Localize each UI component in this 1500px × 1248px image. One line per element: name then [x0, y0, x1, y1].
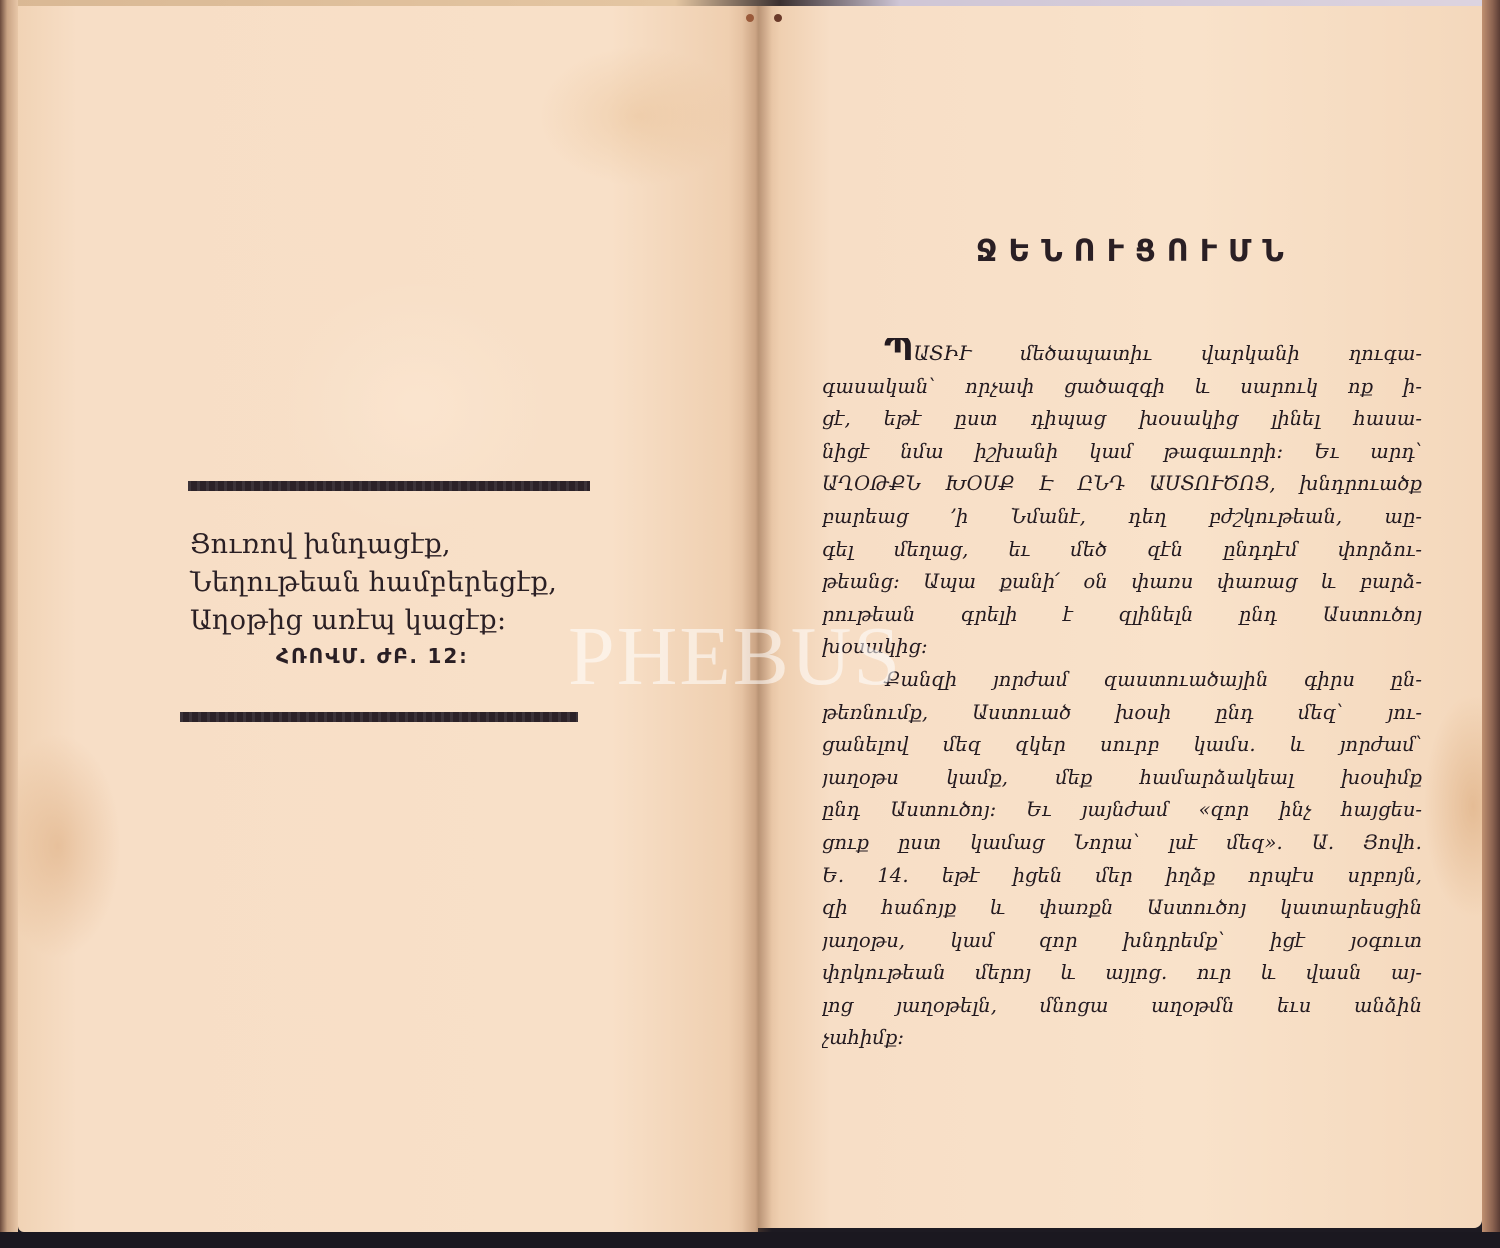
text-line: ցէ, եթէ ըստ դիպաց խօսակից լինել հասա-	[822, 403, 1422, 436]
epigraph-reference: ՀՌՈՎՄ․ ԺԲ․ 12։	[190, 644, 610, 668]
text-line: նիցէ նմա իշխանի կամ թագաւորի։ Եւ արդ՝	[822, 436, 1422, 469]
book-photo: Ցուռով խնդացէք, Նեղութեան համբերեցէք, Աղ…	[0, 0, 1500, 1248]
epigraph: Ցուռով խնդացէք, Նեղութեան համբերեցէք, Աղ…	[190, 526, 610, 668]
text-line: թեանց։ Ապա քանի՛ օն փառս փառաց և բարձ-	[822, 566, 1422, 599]
drop-cap: Պ	[884, 338, 913, 369]
page-heading: ՋԵՆՈՒՑՈՒՄՆ	[976, 234, 1306, 269]
text-line: ցուք ըստ կամաց Նորա՝ լսէ մեզ»․ Ա․ Յովհ․	[822, 827, 1422, 860]
text-line: խօսակից։	[822, 631, 1422, 664]
ornamental-rule-top	[188, 481, 590, 491]
book-spine	[742, 6, 772, 1232]
text-line: չահիմք։	[822, 1022, 1422, 1055]
text-line: յաղօթս կամք, մեք համարձակեալ խօսիմք	[822, 762, 1422, 795]
text-line: թեռնումք, Աստուած խօսի ընդ մեզ՝ յու-	[822, 697, 1422, 730]
text-line: յաղօթս, կամ զոր խնդրեմք՝ իցէ յօգուտ	[822, 925, 1422, 958]
ornamental-rule-bottom	[180, 712, 578, 722]
epigraph-line: Նեղութեան համբերեցէք,	[190, 564, 610, 602]
text-line: փրկութեան մերոյ և այլոց․ ուր և վասն այ-	[822, 957, 1422, 990]
binding-stain	[746, 14, 754, 22]
body-text: ՊԱՏԻՒ մեծապատիւ վարկանի ղուգա- գասական՝ …	[822, 338, 1422, 1055]
text-line: լոց յաղօթելն, մնոցա աղօթմն եւս անձին	[822, 990, 1422, 1023]
book-bottom-edge	[0, 1232, 1500, 1248]
binding-stain	[774, 14, 782, 22]
right-cover-edge	[1482, 0, 1500, 1248]
epigraph-line: Աղօթից առէպ կացէք:	[190, 602, 610, 640]
text-line: Քանզի յորժամ զաստուածային գիրս ըն-	[822, 664, 1422, 697]
text-line: ԱՂՕԹՔՆ ԽՕՍՔ Է ԸՆԴ ԱՍՏՈՒԾՈՑ, խնդրուածք	[822, 468, 1422, 501]
text-line: զի հաճոյք և փառքն Աստուծոյ կատարեսցին	[822, 892, 1422, 925]
text-line-content: ԱՏԻՒ մեծապատիւ վարկանի ղուգա-	[913, 342, 1422, 365]
text-line: գել մեղաց, եւ մեծ զէն ընդդէմ փորձու-	[822, 534, 1422, 567]
text-line: ՊԱՏԻՒ մեծապատիւ վարկանի ղուգա-	[822, 338, 1422, 371]
text-line: ցանելով մեզ զկեր սուրբ կամս. և յորժամ՝	[822, 729, 1422, 762]
text-line: ընդ Աստուծոյ։ Եւ յայնժամ «զոր ինչ հայցես…	[822, 794, 1422, 827]
text-line: Ե․ 14․ եթէ իցեն մեր իղձք որպէս սրբոյն,	[822, 860, 1422, 893]
text-line: գասական՝ որչափ ցածազգի և սարուկ ոք ի-	[822, 371, 1422, 404]
epigraph-line: Ցուռով խնդացէք,	[190, 526, 610, 564]
text-line: բարեաց ՚ի Նմանէ, դեղ բժշկութեան, աը-	[822, 501, 1422, 534]
text-line: րութեան գրելի է զլինելն ընդ Աստուծոյ	[822, 599, 1422, 632]
left-cover-edge	[0, 0, 18, 1236]
